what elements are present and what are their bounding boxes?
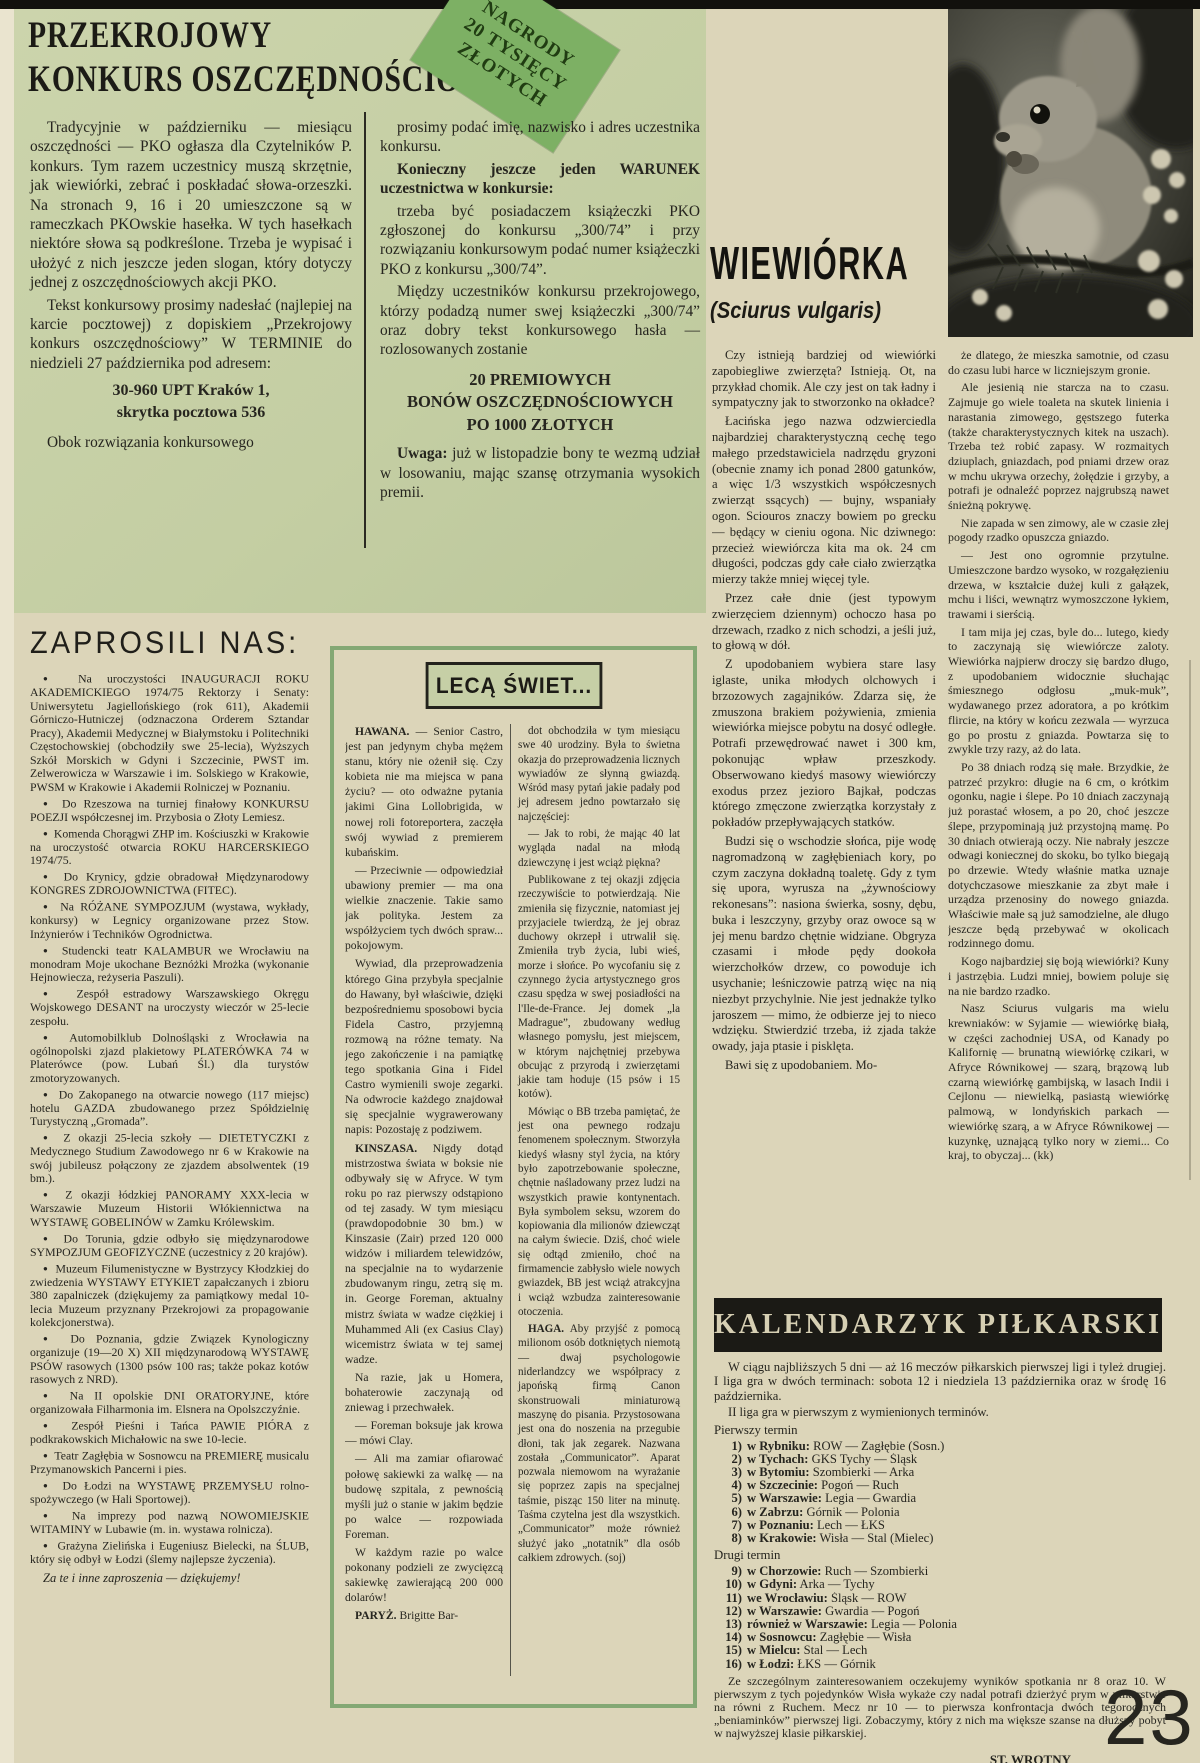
contest-paragraph: prosimy podać imię, nazwisko i adres ucz… — [380, 118, 700, 157]
bullet-icon: ● — [43, 872, 56, 881]
match-row: 5)w Warszawie: Legia — Gwardia — [714, 1492, 1166, 1505]
article-paragraph: że dlatego, że mieszka samotnie, od czas… — [948, 348, 1169, 377]
contest-column-1: Tradycyjnie w październiku — miesiącu os… — [30, 118, 352, 456]
bullet-icon: ● — [43, 946, 55, 955]
zaprosili-item: ● Do Torunia, gdzie odbyło się międzynar… — [30, 1232, 309, 1260]
contest-paragraph: Między uczestników konkursu przekrojoweg… — [380, 282, 700, 360]
zaprosili-item: ● Na RÓŻANE SYMPOZJUM (wystawa, wykłady,… — [30, 900, 309, 941]
match-row: 12)w Warszawie: Gwardia — Pogoń — [714, 1605, 1166, 1618]
leca-swiet-title: LECĄ ŚWIET... — [425, 662, 602, 709]
match-row: 7)w Poznaniu: Lech — ŁKS — [714, 1519, 1166, 1532]
bullet-icon: ● — [43, 1451, 51, 1460]
zaprosili-title: ZAPROSILI NAS: — [30, 626, 309, 662]
wiewiorka-title: WIEWIÓRKA — [710, 238, 909, 291]
zaprosili-item: ● Teatr Zagłębia w Sosnowcu na PREMIERĘ … — [30, 1449, 309, 1477]
news-paragraph: dot obchodziła w tym miesiącu swe 40 uro… — [518, 724, 680, 824]
bullet-icon: ● — [43, 1391, 59, 1400]
article-paragraph: Po 38 dniach rodzą się małe. Brzydkie, ż… — [948, 760, 1169, 951]
zaprosili-item: ● Na imprezy pod nazwą NOWOMIEJSKIE WITA… — [30, 1509, 309, 1537]
leca-swiet-columns: HAWANA. — Senior Castro, jest pan jedyny… — [345, 724, 685, 1676]
article-paragraph: Ale jesienią nie starcza na to czasu. Za… — [948, 380, 1169, 512]
zaprosili-item: ● Do Krynicy, gdzie obradował Międzynaro… — [30, 870, 309, 898]
kalendarzyk-closing: Ze szczególnym zainteresowaniem oczekuje… — [714, 1675, 1166, 1740]
article-paragraph: Przez całe dnie (jest typowym zwierzęcie… — [712, 591, 936, 654]
contest-address: 30-960 UPT Kraków 1, skrytka pocztowa 53… — [30, 380, 352, 424]
match-row: 11)we Wrocławiu: Śląsk — ROW — [714, 1592, 1166, 1605]
zaprosili-item: ● Z okazji 25-lecia szkoły — DIETETYCZKI… — [30, 1131, 309, 1186]
bullet-icon: ● — [43, 902, 54, 911]
kalendarzyk-intro: W ciągu najbliższych 5 dni — aż 16 meczó… — [714, 1360, 1166, 1403]
contest-paragraph: Uwaga: już w listopadzie bony te wezmą u… — [380, 444, 700, 502]
article-paragraph: I tam mija jej czas, byle do... lutego, … — [948, 625, 1169, 757]
bullet-icon: ● — [43, 1334, 59, 1343]
zaprosili-item: ● Do Zakopanego na otwarcie nowego (117 … — [30, 1088, 309, 1129]
match-row: 13)również w Warszawie: Legia — Polonia — [714, 1618, 1166, 1631]
news-paragraph: HAWANA. — Senior Castro, jest pan jedyny… — [345, 724, 503, 860]
page-left-margin — [0, 9, 14, 1763]
match-row: 1)w Rybniku: ROW — Zagłębie (Sosn.) — [714, 1440, 1166, 1453]
contest-paragraph: Tradycyjnie w październiku — miesiącu os… — [30, 118, 352, 293]
bullet-icon: ● — [43, 989, 62, 998]
bullet-icon: ● — [43, 1481, 55, 1490]
zaprosili-item: ● Zespół estradowy Warszawskiego Okręgu … — [30, 987, 309, 1028]
column-divider — [364, 112, 366, 548]
match-row: 6)w Zabrzu: Górnik — Polonia — [714, 1506, 1166, 1519]
contest-paragraph: trzeba być posiadaczem książeczki PKO zg… — [380, 202, 700, 280]
news-paragraph: PARYŻ. Brigitte Bar- — [345, 1608, 503, 1623]
news-paragraph: — Jak to robi, że mając 40 lat wygląda n… — [518, 827, 680, 870]
match-row: 2)w Tychach: GKS Tychy — Śląsk — [714, 1453, 1166, 1466]
prize-line1: 20 PREMIOWYCH — [380, 369, 700, 392]
match-row: 16)w Łodzi: ŁKS — Górnik — [714, 1658, 1166, 1671]
news-paragraph: KINSZASA. Nigdy dotąd mistrzostwa świata… — [345, 1141, 503, 1367]
news-paragraph: Mówiąc o BB trzeba pamiętać, że jest ona… — [518, 1105, 680, 1319]
kalendarzyk-banner: KALENDARZYK PIŁKARSKI — [714, 1298, 1162, 1352]
kalendarzyk-section: W ciągu najbliższych 5 dni — aż 16 meczó… — [714, 1360, 1166, 1763]
news-paragraph: Wywiad, dla przeprowadzenia którego Gina… — [345, 956, 503, 1137]
article-paragraph: Z upodobaniem wybiera stare lasy iglaste… — [712, 657, 936, 831]
leca-column-2: dot obchodziła w tym miesiącu swe 40 uro… — [518, 724, 680, 1676]
kalendarzyk-intro2: II liga gra w pierwszym z wymienionych t… — [714, 1405, 1166, 1419]
bullet-icon: ● — [43, 1511, 60, 1520]
leca-column-1: HAWANA. — Senior Castro, jest pan jedyny… — [345, 724, 503, 1676]
zaprosili-item: ● Do Łodzi na WYSTAWĘ PRZEMYSŁU rolno-sp… — [30, 1479, 309, 1507]
zaprosili-list: ● Na uroczystości INAUGURACJI ROKU AKADE… — [30, 672, 309, 1567]
article-paragraph: Nie zapada w sen zimowy, ale w czasie zł… — [948, 516, 1169, 545]
match-row: 3)w Bytomiu: Szombierki — Arka — [714, 1466, 1166, 1479]
zaprosili-item: ● Zespół Pieśni i Tańca PAWIE PIÓRA z po… — [30, 1419, 309, 1447]
news-paragraph: — Ali ma zamiar ofiarować połowę sakiewk… — [345, 1451, 503, 1542]
prize-announcement: 20 PREMIOWYCH BONÓW OSZCZĘDNOŚCIOWYCH PO… — [380, 369, 700, 437]
zaprosili-item: ● Muzeum Filumenistyczne w Bystrzycy Kło… — [30, 1262, 309, 1330]
wiewiorka-column-2: że dlatego, że mieszka samotnie, od czas… — [948, 348, 1169, 1292]
news-paragraph: W każdym razie po walce pokonany podziel… — [345, 1545, 503, 1605]
bullet-icon: ● — [43, 1234, 56, 1243]
contest-address-line1: 30-960 UPT Kraków 1, — [30, 380, 352, 402]
author-byline: ST. WROTNY — [714, 1752, 1166, 1763]
zaprosili-item: ● Do Rzeszowa na turniej finałowy KONKUR… — [30, 797, 309, 825]
bullet-icon: ● — [43, 1033, 59, 1042]
contest-address-line2: skrytka pocztowa 536 — [30, 402, 352, 424]
bullet-icon: ● — [43, 674, 63, 683]
newspaper-page: PRZEKROJOWY KONKURS OSZCZĘDNOŚCIOWY NAGR… — [0, 0, 1200, 1763]
bullet-icon: ● — [43, 1421, 60, 1430]
bullet-icon: ● — [43, 1190, 57, 1199]
squirrel-photo — [948, 9, 1193, 337]
wiewiorka-column-1: Czy istnieją bardziej od wiewiórki zapob… — [712, 348, 936, 1273]
bullet-icon: ● — [43, 829, 51, 838]
contest-paragraph: Obok rozwiązania konkursowego — [30, 433, 352, 452]
leca-swiet-box: LECĄ ŚWIET... HAWANA. — Senior Castro, j… — [330, 646, 697, 1708]
article-paragraph: Kogo najbardziej się boją wiewiórki? Kun… — [948, 954, 1169, 998]
zaprosili-item: ● Studencki teatr KALAMBUR we Wrocławiu … — [30, 944, 309, 985]
prize-line3: PO 1000 ZŁOTYCH — [380, 414, 700, 437]
match-row: 4)w Szczecinie: Pogoń — Ruch — [714, 1479, 1166, 1492]
bullet-icon: ● — [43, 799, 55, 808]
match-row: 15)w Mielcu: Stal — Lech — [714, 1644, 1166, 1657]
column-divider — [510, 724, 511, 1676]
news-paragraph: Publikowane z tej okazji zdjęcia rzeczyw… — [518, 873, 680, 1102]
zaprosili-item: ● Na II opolskie DNI ORATORYJNE, które o… — [30, 1389, 309, 1417]
news-paragraph: — Foreman boksuje jak krowa — mówi Clay. — [345, 1418, 503, 1448]
article-paragraph: Nasz Sciurus vulgaris ma wielu krewniakó… — [948, 1001, 1169, 1163]
match-row: 9)w Chorzowie: Ruch — Szombierki — [714, 1565, 1166, 1578]
zaprosili-item: ● Komenda Chorągwi ZHP im. Kościuszki w … — [30, 827, 309, 868]
match-row: 10)w Gdyni: Arka — Tychy — [714, 1578, 1166, 1591]
bullet-icon: ● — [43, 1133, 56, 1142]
article-paragraph: — Jest ono ogromnie przytulne. Umieszczo… — [948, 548, 1169, 622]
match-row: 14)w Sosnowcu: Zagłębie — Wisła — [714, 1631, 1166, 1644]
zaprosili-item: ● Z okazji łódzkiej PANORAMY XXX-lecia w… — [30, 1188, 309, 1229]
scan-edge-top — [0, 0, 1200, 9]
article-paragraph: Łacińska jego nazwa odzwierciedla najbar… — [712, 414, 936, 588]
scan-artifact-line — [1189, 660, 1191, 1180]
contest-paragraph-bold: Konieczny jeszcze jeden WARUNEK uczestni… — [380, 160, 700, 199]
first-term-label: Pierwszy termin — [714, 1423, 1166, 1438]
prize-line2: BONÓW OSZCZĘDNOŚCIOWYCH — [380, 391, 700, 414]
zaprosili-item: ● Na uroczystości INAUGURACJI ROKU AKADE… — [30, 672, 309, 794]
bullet-icon: ● — [43, 1090, 53, 1099]
wiewiorka-subtitle: (Sciurus vulgaris) — [710, 297, 881, 324]
zaprosili-item: ● Grażyna Zielińska i Eugeniusz Bielecki… — [30, 1539, 309, 1567]
article-paragraph: Czy istnieją bardziej od wiewiórki zapob… — [712, 348, 936, 411]
bullet-icon: ● — [43, 1264, 52, 1273]
zaprosili-item: ● Automobilklub Dolnośląski z Wrocławia … — [30, 1031, 309, 1086]
match-row: 8)w Krakowie: Wisła — Stal (Mielec) — [714, 1532, 1166, 1545]
news-paragraph: HAGA. Aby przyjść z pomocą milionom osób… — [518, 1322, 680, 1565]
news-paragraph: Na razie, jak u Homera, bohaterowie zacz… — [345, 1370, 503, 1415]
zaprosili-section: ZAPROSILI NAS: ● Na uroczystości INAUGUR… — [30, 626, 309, 1597]
contest-column-2: prosimy podać imię, nazwisko i adres ucz… — [380, 118, 700, 506]
second-term-label: Drugi termin — [714, 1548, 1166, 1563]
uwaga-lead: Uwaga: — [397, 445, 447, 462]
news-paragraph: — Przeciwnie — odpowiedział ubawiony pre… — [345, 863, 503, 954]
zaprosili-closing: Za te i inne zaproszenia — dziękujemy! — [30, 1571, 309, 1585]
contest-paragraph: Tekst konkursowy prosimy nadesłać (najle… — [30, 296, 352, 374]
article-paragraph: Budzi się o wschodzie słońca, pije wodę … — [712, 834, 936, 1055]
zaprosili-item: ● Do Poznania, gdzie Związek Kynologiczn… — [30, 1332, 309, 1387]
bullet-icon: ● — [43, 1541, 53, 1550]
page-number: 23 — [1104, 1678, 1195, 1756]
article-paragraph: Bawi się z upodobaniem. Mo- — [712, 1058, 936, 1074]
